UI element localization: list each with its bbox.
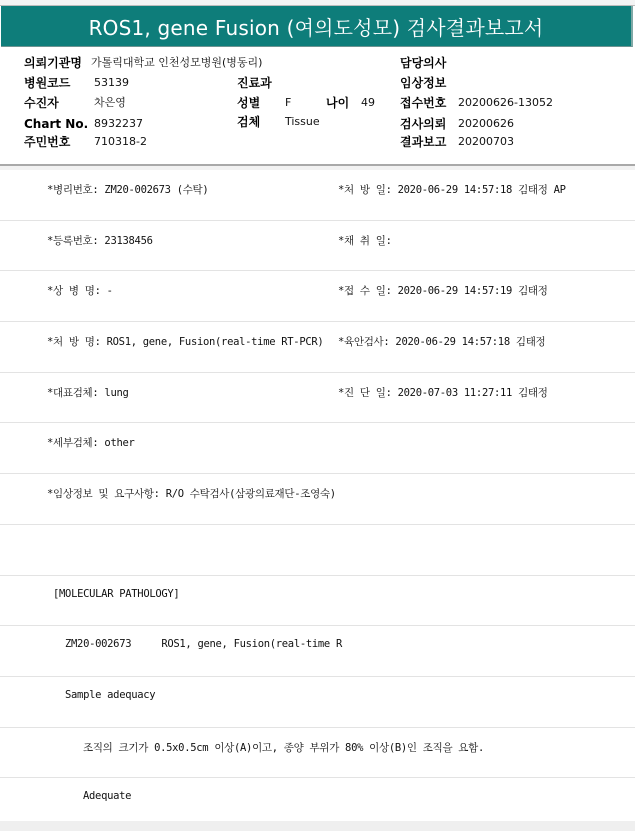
section-heading: [MOLECULAR PATHOLOGY]: [53, 588, 179, 600]
adequacy-criteria: 조직의 크기가 0.5x0.5cm 이상(A)이고, 종양 부위가 80% 이상…: [83, 740, 484, 755]
report-row-diagnosis-name: *상 병 명: - *접 수 일: 2020-06-29 14:57:19 김태…: [0, 271, 635, 322]
sample-adequacy-heading: Sample adequacy: [65, 689, 155, 701]
sex-label: 성별: [237, 94, 260, 112]
collection-date: *채 취 일:: [338, 233, 392, 248]
patient-value: 차은영: [94, 94, 126, 112]
request-date-label: 검사의뢰: [400, 115, 446, 133]
report-row-registration-no: *등록번호: 23138456 *채 취 일:: [0, 221, 635, 272]
institution-label: 의뢰기관명: [24, 54, 82, 72]
institution-value: 가톨릭대학교 인천성모병원(병동리): [91, 54, 262, 72]
chart-no-value: 8932237: [94, 115, 143, 133]
report-row-test-line: ZM20-002673 ROS1, gene, Fusion(real-time…: [0, 626, 635, 677]
report-date-value: 20200703: [458, 133, 514, 151]
specimen-value: Tissue: [285, 113, 320, 131]
clinical-info-label: 임상정보: [400, 74, 446, 92]
report-row-blank: [0, 525, 635, 576]
report-title-bar: ROS1, gene Fusion (여의도성모) 검사결과보고서: [1, 6, 633, 47]
report-row-pathology-no: *병리번호: ZM20-002673 (수탁) *처 방 일: 2020-06-…: [0, 170, 635, 221]
hospital-code-label: 병원코드: [24, 74, 70, 92]
clinical-info-request: *임상정보 및 요구사항: R/O 수탁검사(삼광의료재단-조영숙): [47, 486, 336, 501]
prescription-date: *처 방 일: 2020-06-29 14:57:18 김태정 AP: [338, 182, 566, 197]
report-row-prescription-name: *처 방 명: ROS1, gene, Fusion(real-time RT-…: [0, 322, 635, 373]
report-row-main-specimen: *대표검체: lung *진 단 일: 2020-07-03 11:27:11 …: [0, 373, 635, 424]
footer-strip: [0, 821, 635, 831]
diagnosis-name: *상 병 명: -: [47, 283, 113, 298]
chart-no-label: Chart No.: [24, 115, 88, 133]
doctor-label: 담당의사: [400, 54, 446, 72]
gross-exam-date: *육안검사: 2020-06-29 14:57:18 김태정: [338, 334, 545, 349]
dept-label: 진료과: [237, 74, 272, 92]
age-label: 나이: [326, 94, 349, 112]
diagnosis-date: *진 단 일: 2020-07-03 11:27:11 김태정: [338, 385, 548, 400]
rrn-value: 710318-2: [94, 133, 147, 151]
registration-no: *등록번호: 23138456: [47, 233, 153, 248]
report-body: *병리번호: ZM20-002673 (수탁) *처 방 일: 2020-06-…: [0, 170, 635, 829]
patient-info-grid: 의뢰기관명 가톨릭대학교 인천성모병원(병동리) 병원코드 53139 수진자 …: [0, 52, 635, 156]
hospital-code-value: 53139: [94, 74, 129, 92]
sub-specimen: *세부검체: other: [47, 435, 135, 450]
report-date-label: 결과보고: [400, 133, 446, 151]
patient-label: 수진자: [24, 94, 59, 112]
report-row-adequacy-criteria: 조직의 크기가 0.5x0.5cm 이상(A)이고, 종양 부위가 80% 이상…: [0, 728, 635, 779]
receipt-no-value: 20200626-13052: [458, 94, 553, 112]
report-row-section-heading: [MOLECULAR PATHOLOGY]: [0, 576, 635, 627]
receipt-no-label: 접수번호: [400, 94, 446, 112]
receipt-date: *접 수 일: 2020-06-29 14:57:19 김태정: [338, 283, 548, 298]
rrn-label: 주민번호: [24, 133, 70, 151]
report-title: ROS1, gene Fusion (여의도성모) 검사결과보고서: [89, 12, 544, 41]
sex-value: F: [285, 94, 291, 112]
report-row-sub-specimen: *세부검체: other: [0, 423, 635, 474]
specimen-label: 검체: [237, 113, 260, 131]
main-specimen: *대표검체: lung: [47, 385, 129, 400]
adequacy-result: Adequate: [83, 790, 131, 802]
prescription-name: *처 방 명: ROS1, gene, Fusion(real-time RT-…: [47, 334, 323, 349]
report-row-clinical-request: *임상정보 및 요구사항: R/O 수탁검사(삼광의료재단-조영숙): [0, 474, 635, 525]
pathology-no: *병리번호: ZM20-002673 (수탁): [47, 182, 208, 197]
age-value: 49: [361, 94, 375, 112]
request-date-value: 20200626: [458, 115, 514, 133]
report-row-sample-adequacy: Sample adequacy: [0, 677, 635, 728]
test-line: ZM20-002673 ROS1, gene, Fusion(real-time…: [65, 638, 342, 650]
